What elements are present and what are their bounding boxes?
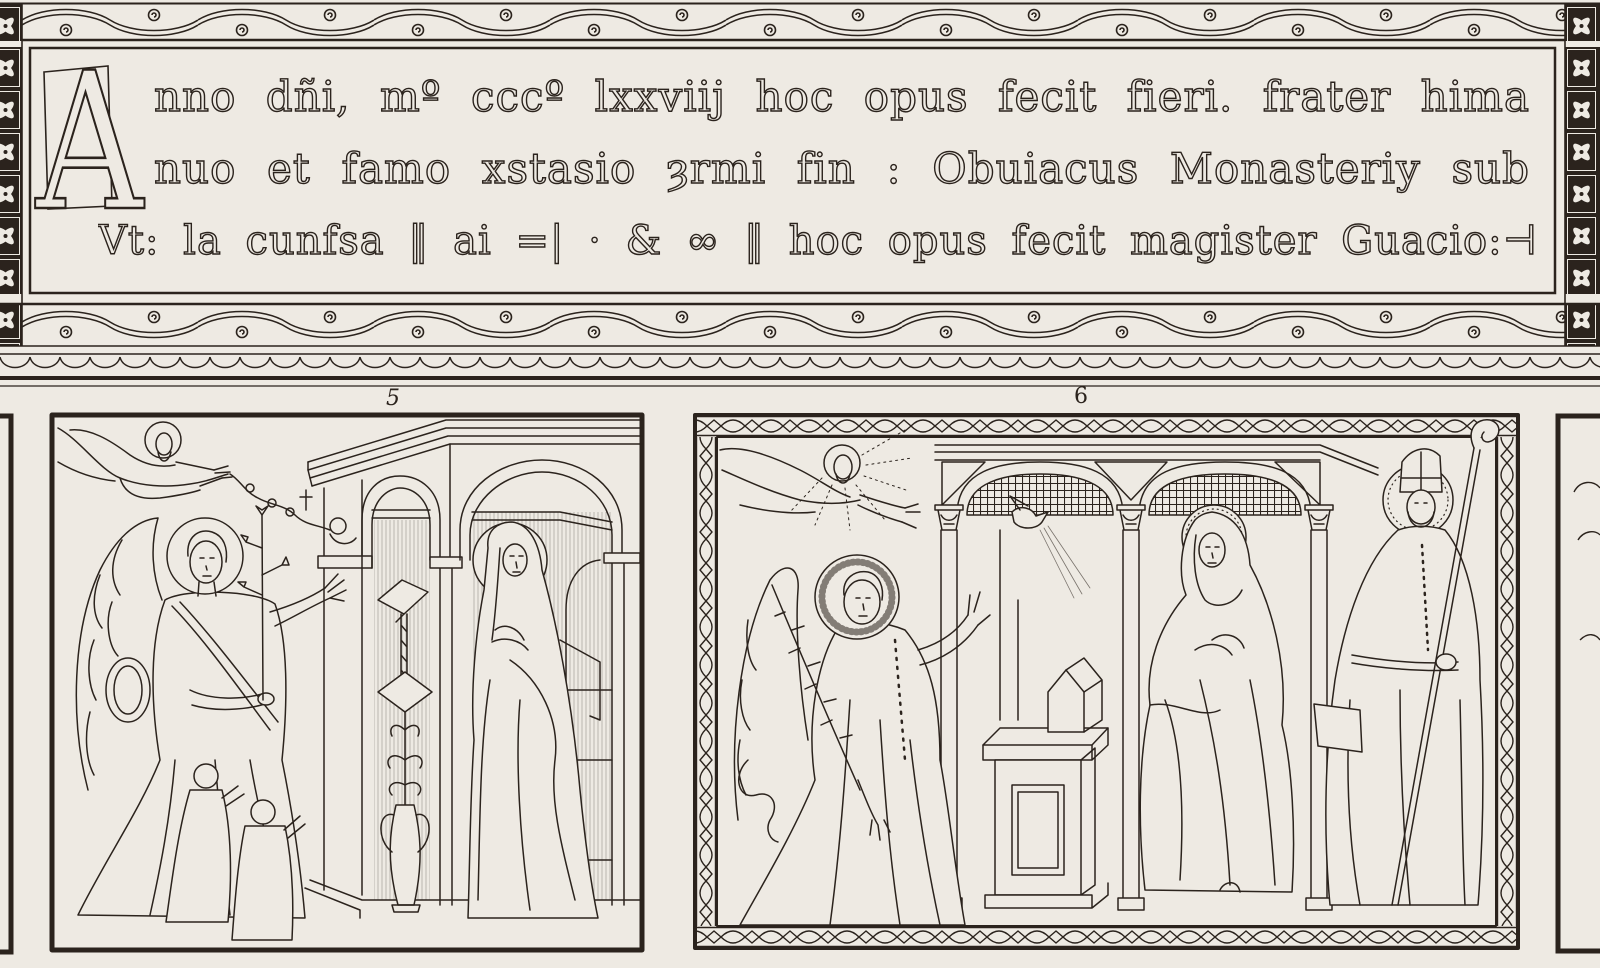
inscription-line-3: Vt: la cunfsa ‖ ai =| · & ∞ ‖ hoc opus f… xyxy=(98,212,1538,270)
angel-gabriel-figure xyxy=(735,555,990,925)
scallop-border xyxy=(0,354,1600,386)
inscription-line-1: nno dñi, mº cccº lxxviij hoc opus fecit … xyxy=(154,68,1530,126)
panel-6-annunciation xyxy=(695,415,1518,948)
right-partial-panel xyxy=(1558,416,1600,951)
altar-pedestal xyxy=(983,728,1108,908)
panel-5-number: 5 xyxy=(386,388,400,410)
god-the-father-figure xyxy=(720,430,920,530)
panel-6-number: 6 xyxy=(1074,386,1088,408)
bishop-saint-figure xyxy=(1314,420,1499,905)
inscription-line-2: nuo et famo xstasio ȝrmi fin : Obuiacus … xyxy=(154,140,1530,198)
panel-5-annunciation xyxy=(52,415,642,950)
god-the-father-figure xyxy=(58,422,232,498)
flowering-branch xyxy=(230,474,356,544)
left-partial-panel xyxy=(0,416,11,952)
church-model xyxy=(1048,658,1102,732)
virgin-mary-figure xyxy=(1140,505,1293,892)
lower-scroll-border xyxy=(0,304,1600,346)
top-scroll-border xyxy=(0,4,1600,41)
inscription-initial-letter: A xyxy=(36,48,143,238)
